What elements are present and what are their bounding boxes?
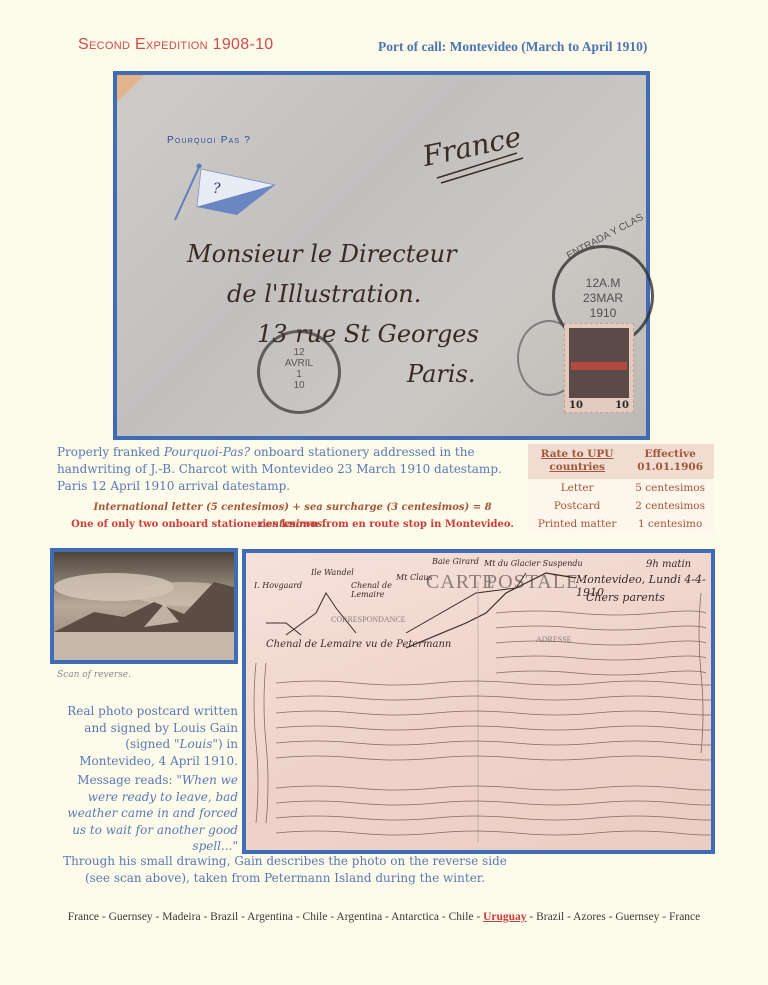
address-line-2: de l'Illustration. [227, 280, 421, 308]
expedition-route: France - Guernsey - Madeira - Brazil - A… [0, 911, 768, 923]
drawing-explanation: Through his small drawing, Gain describe… [60, 853, 510, 887]
photo-caption: Scan of reverse. [57, 670, 131, 680]
rate-header: Rate to UPUcountries [528, 444, 626, 479]
rarity-note: One of only two onboard stationeries kno… [60, 516, 525, 533]
paris-datestamp: 12 AVRIL 1 10 [257, 330, 341, 414]
table-row: Printed matter1 centesimo [528, 515, 714, 533]
envelope-corner [117, 75, 157, 103]
address-line-1: Monsieur le Directeur [187, 240, 457, 268]
letterhead: Pourquoi Pas ? [167, 135, 251, 146]
envelope-caption: Properly franked Pourquoi-Pas? onboard s… [57, 444, 522, 495]
expedition-title: Second Expedition 1908-10 [78, 36, 273, 54]
address-line-4: Paris. [407, 360, 475, 388]
underline-icon [427, 145, 547, 185]
flag-question-mark: ? [213, 181, 221, 197]
table-row: Letter5 centesimos [528, 479, 714, 497]
handwriting-lines-icon [246, 553, 711, 850]
table-row: Postcard2 centesimos [528, 497, 714, 515]
current-stop-uruguay: Uruguay [483, 911, 526, 923]
postage-stamp: 10 10 [564, 323, 634, 413]
effective-header: Effective01.01.1906 [626, 444, 714, 479]
pourquoi-pas-flag-icon: ? [157, 155, 277, 235]
postcard-description: Real photo postcard written and signed b… [60, 703, 238, 769]
rate-table: Rate to UPUcountries Effective01.01.1906… [528, 444, 714, 533]
message-translation: Message reads: "When we were ready to le… [60, 772, 238, 855]
postcard-image: CARTE POSTALE CORRESPONDANCE ADRESSE I. … [242, 549, 715, 854]
envelope-image: Pourquoi Pas ? ? France Monsieur le Dire… [113, 71, 650, 440]
port-of-call-title: Port of call: Montevideo (March to April… [378, 39, 647, 55]
reverse-photo [50, 548, 238, 664]
